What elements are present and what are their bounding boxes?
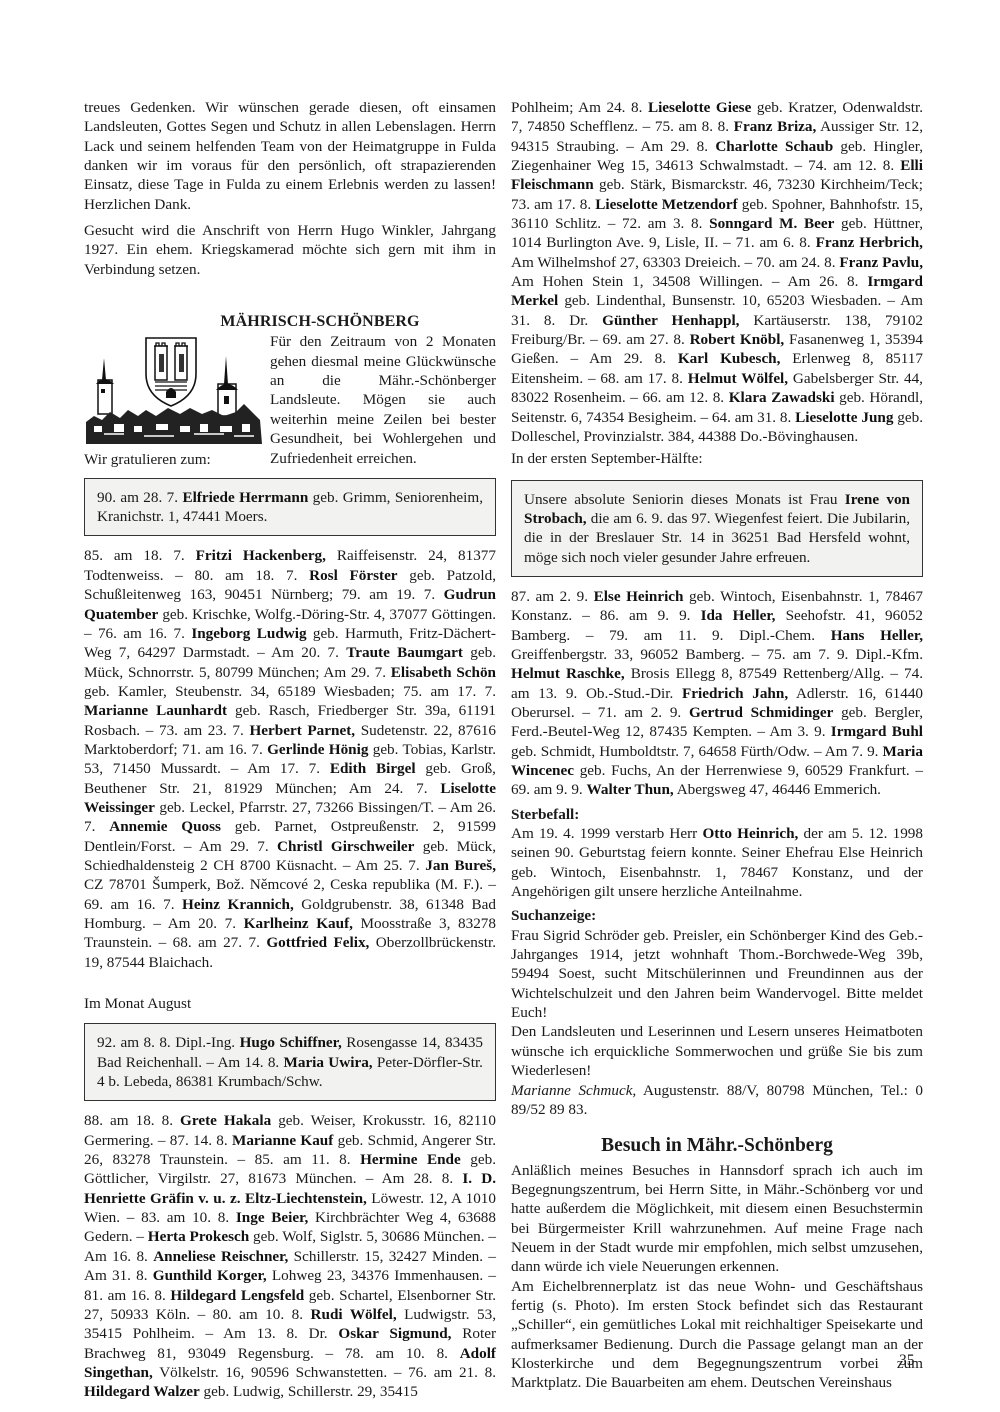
person-name: Hugo Schiffner, <box>240 1034 342 1051</box>
article-paragraph: Am Eichelbrennerplatz ist das neue Wohn-… <box>511 1277 923 1393</box>
page-number: 35 <box>899 1352 915 1370</box>
person-name: Herbert Parnet, <box>249 722 355 739</box>
intro-paragraph: treues Gedenken. Wir wünschen gerade die… <box>84 98 496 214</box>
birthday-list-august-continued: Pohlheim; Am 24. 8. Lieselotte Giese geb… <box>511 98 923 446</box>
person-name: Robert Knöbl, <box>690 331 785 348</box>
section-title: MÄHRISCH-SCHÖNBERG <box>84 312 496 331</box>
person-name: Irmgard Buhl <box>831 723 923 740</box>
august-label: Im Monat August <box>84 994 496 1013</box>
birthday-list-september: 87. am 2. 9. Else Heinrich geb. Wintoch,… <box>511 587 923 800</box>
person-name: Oskar Sigmund, <box>338 1325 451 1342</box>
section-intro-block: Für den Zeitraum von 2 Monaten gehen die… <box>84 332 496 464</box>
highlight-box-august: 92. am 8. 8. Dipl.-Ing. Hugo Schiffner, … <box>84 1023 496 1101</box>
person-name: Günther Henhappl, <box>602 312 739 329</box>
person-name: Elli Fleischmann <box>511 157 923 193</box>
town-coat-of-arms-icon <box>84 334 264 446</box>
person-name: Hildegard Lengsfeld <box>170 1287 304 1304</box>
person-name: Traute Baumgart <box>346 644 463 661</box>
person-name: Heinz Krannich, <box>182 896 294 913</box>
left-column: treues Gedenken. Wir wünschen gerade die… <box>84 98 496 1402</box>
person-name: Otto Heinrich, <box>702 825 798 842</box>
person-name: Friedrich Jahn, <box>682 685 788 702</box>
section-intro-text: Für den Zeitraum von 2 Monaten gehen die… <box>270 332 496 467</box>
person-name: Fritzi Hackenberg, <box>196 547 326 564</box>
search-notice-paragraph: Gesucht wird die Anschrift von Herrn Hug… <box>84 221 496 279</box>
person-name: Charlotte Schaub <box>715 138 833 155</box>
person-name: Helmut Raschke, <box>511 665 625 682</box>
september-label: In der ersten September-Hälfte: <box>511 449 923 468</box>
person-name: Else Heinrich <box>594 588 684 605</box>
person-name: Franz Pavlu, <box>839 254 923 271</box>
highlight-text: Unsere absolute Seniorin dieses Monats i… <box>524 490 910 567</box>
person-name: Irmgard Merkel <box>511 273 923 309</box>
person-name: Walter Thun, <box>587 781 674 798</box>
person-name: Liselotte Weissinger <box>84 780 496 816</box>
person-name: Marianne Launhardt <box>84 702 227 719</box>
person-name: Helmut Wölfel, <box>688 370 788 387</box>
person-name: Maria Uwira, <box>284 1054 373 1071</box>
person-name: Karl Kubesch, <box>678 350 781 367</box>
person-name: Franz Herbrich, <box>816 234 923 251</box>
person-name: Elisabeth Schön <box>391 664 496 681</box>
person-name: Inge Beier, <box>236 1209 308 1226</box>
person-name: Sonngard M. Beer <box>709 215 834 232</box>
person-name: Hans Heller, <box>831 627 923 644</box>
person-name: Anneliese Reischner, <box>153 1248 288 1265</box>
person-name: Lieselotte Jung <box>795 409 893 426</box>
highlight-text: 92. am 8. 8. Dipl.-Ing. Hugo Schiffner, … <box>97 1033 483 1091</box>
person-name: Jan Bureš, <box>425 857 496 874</box>
person-name: Lieselotte Giese <box>648 99 751 116</box>
person-name: Rosl Förster <box>309 567 397 584</box>
closing-text: Den Landsleuten und Leserinnen und Leser… <box>511 1022 923 1080</box>
person-name: Klara Zawadski <box>729 389 835 406</box>
person-name: Lieselotte Metzendorf <box>595 196 737 213</box>
right-column: Pohlheim; Am 24. 8. Lieselotte Giese geb… <box>511 98 923 1393</box>
author-signature: Marianne Schmuck, Augustenstr. 88/V, 807… <box>511 1081 923 1120</box>
person-name: Christl Girschweiler <box>277 838 414 855</box>
highlight-box-july: 90. am 28. 7. Elfriede Herrmann geb. Gri… <box>84 478 496 537</box>
search-ad-heading: Suchanzeige: <box>511 906 923 925</box>
person-name: Ida Heller, <box>701 607 776 624</box>
person-name: Rudi Wölfel, <box>311 1306 397 1323</box>
person-name: Maria Wincenec <box>511 743 923 779</box>
person-name: Ingeborg Ludwig <box>191 625 306 642</box>
death-notice-heading: Sterbefall: <box>511 805 923 824</box>
person-name: Gudrun Quatember <box>84 586 496 622</box>
person-name: Irene von Strobach, <box>524 491 910 527</box>
person-name: Adolf Singethan, <box>84 1345 496 1381</box>
person-name: Gertrud Schmidinger <box>689 704 833 721</box>
birthday-list-august: 88. am 18. 8. Grete Hakala geb. Weiser, … <box>84 1111 496 1401</box>
person-name: Franz Briza, <box>734 118 817 135</box>
highlight-box-september: Unsere absolute Seniorin dieses Monats i… <box>511 480 923 577</box>
article-paragraph: Anläßlich meines Besuches in Hannsdorf s… <box>511 1161 923 1277</box>
person-name: Gerlinde Hönig <box>267 741 368 758</box>
person-name: Marianne Kauf <box>232 1132 333 1149</box>
person-name: I. D. Henriette Gräfin v. u. z. Eltz-Lie… <box>84 1170 496 1206</box>
author-name: Marianne Schmuck, <box>511 1082 636 1099</box>
person-name: Elfriede Herrmann <box>182 489 308 506</box>
death-notice-text: Am 19. 4. 1999 verstarb Herr Otto Heinri… <box>511 824 923 901</box>
article-title: Besuch in Mähr.-Schönberg <box>511 1136 923 1155</box>
person-name: Annemie Quoss <box>109 818 221 835</box>
person-name: Edith Birgel <box>330 760 416 777</box>
person-name: Grete Hakala <box>180 1112 271 1129</box>
person-name: Gunthild Korger, <box>153 1267 267 1284</box>
person-name: Karlheinz Kauf, <box>244 915 353 932</box>
search-ad-text: Frau Sigrid Schröder geb. Preisler, ein … <box>511 926 923 1023</box>
person-name: Gottfried Felix, <box>266 934 369 951</box>
person-name: Hermine Ende <box>360 1151 461 1168</box>
birthday-list-july: 85. am 18. 7. Fritzi Hackenberg, Raiffei… <box>84 546 496 972</box>
person-name: Herta Prokesch <box>148 1228 249 1245</box>
highlight-text: 90. am 28. 7. Elfriede Herrmann geb. Gri… <box>97 488 483 527</box>
person-name: Hildegard Walzer <box>84 1383 200 1400</box>
